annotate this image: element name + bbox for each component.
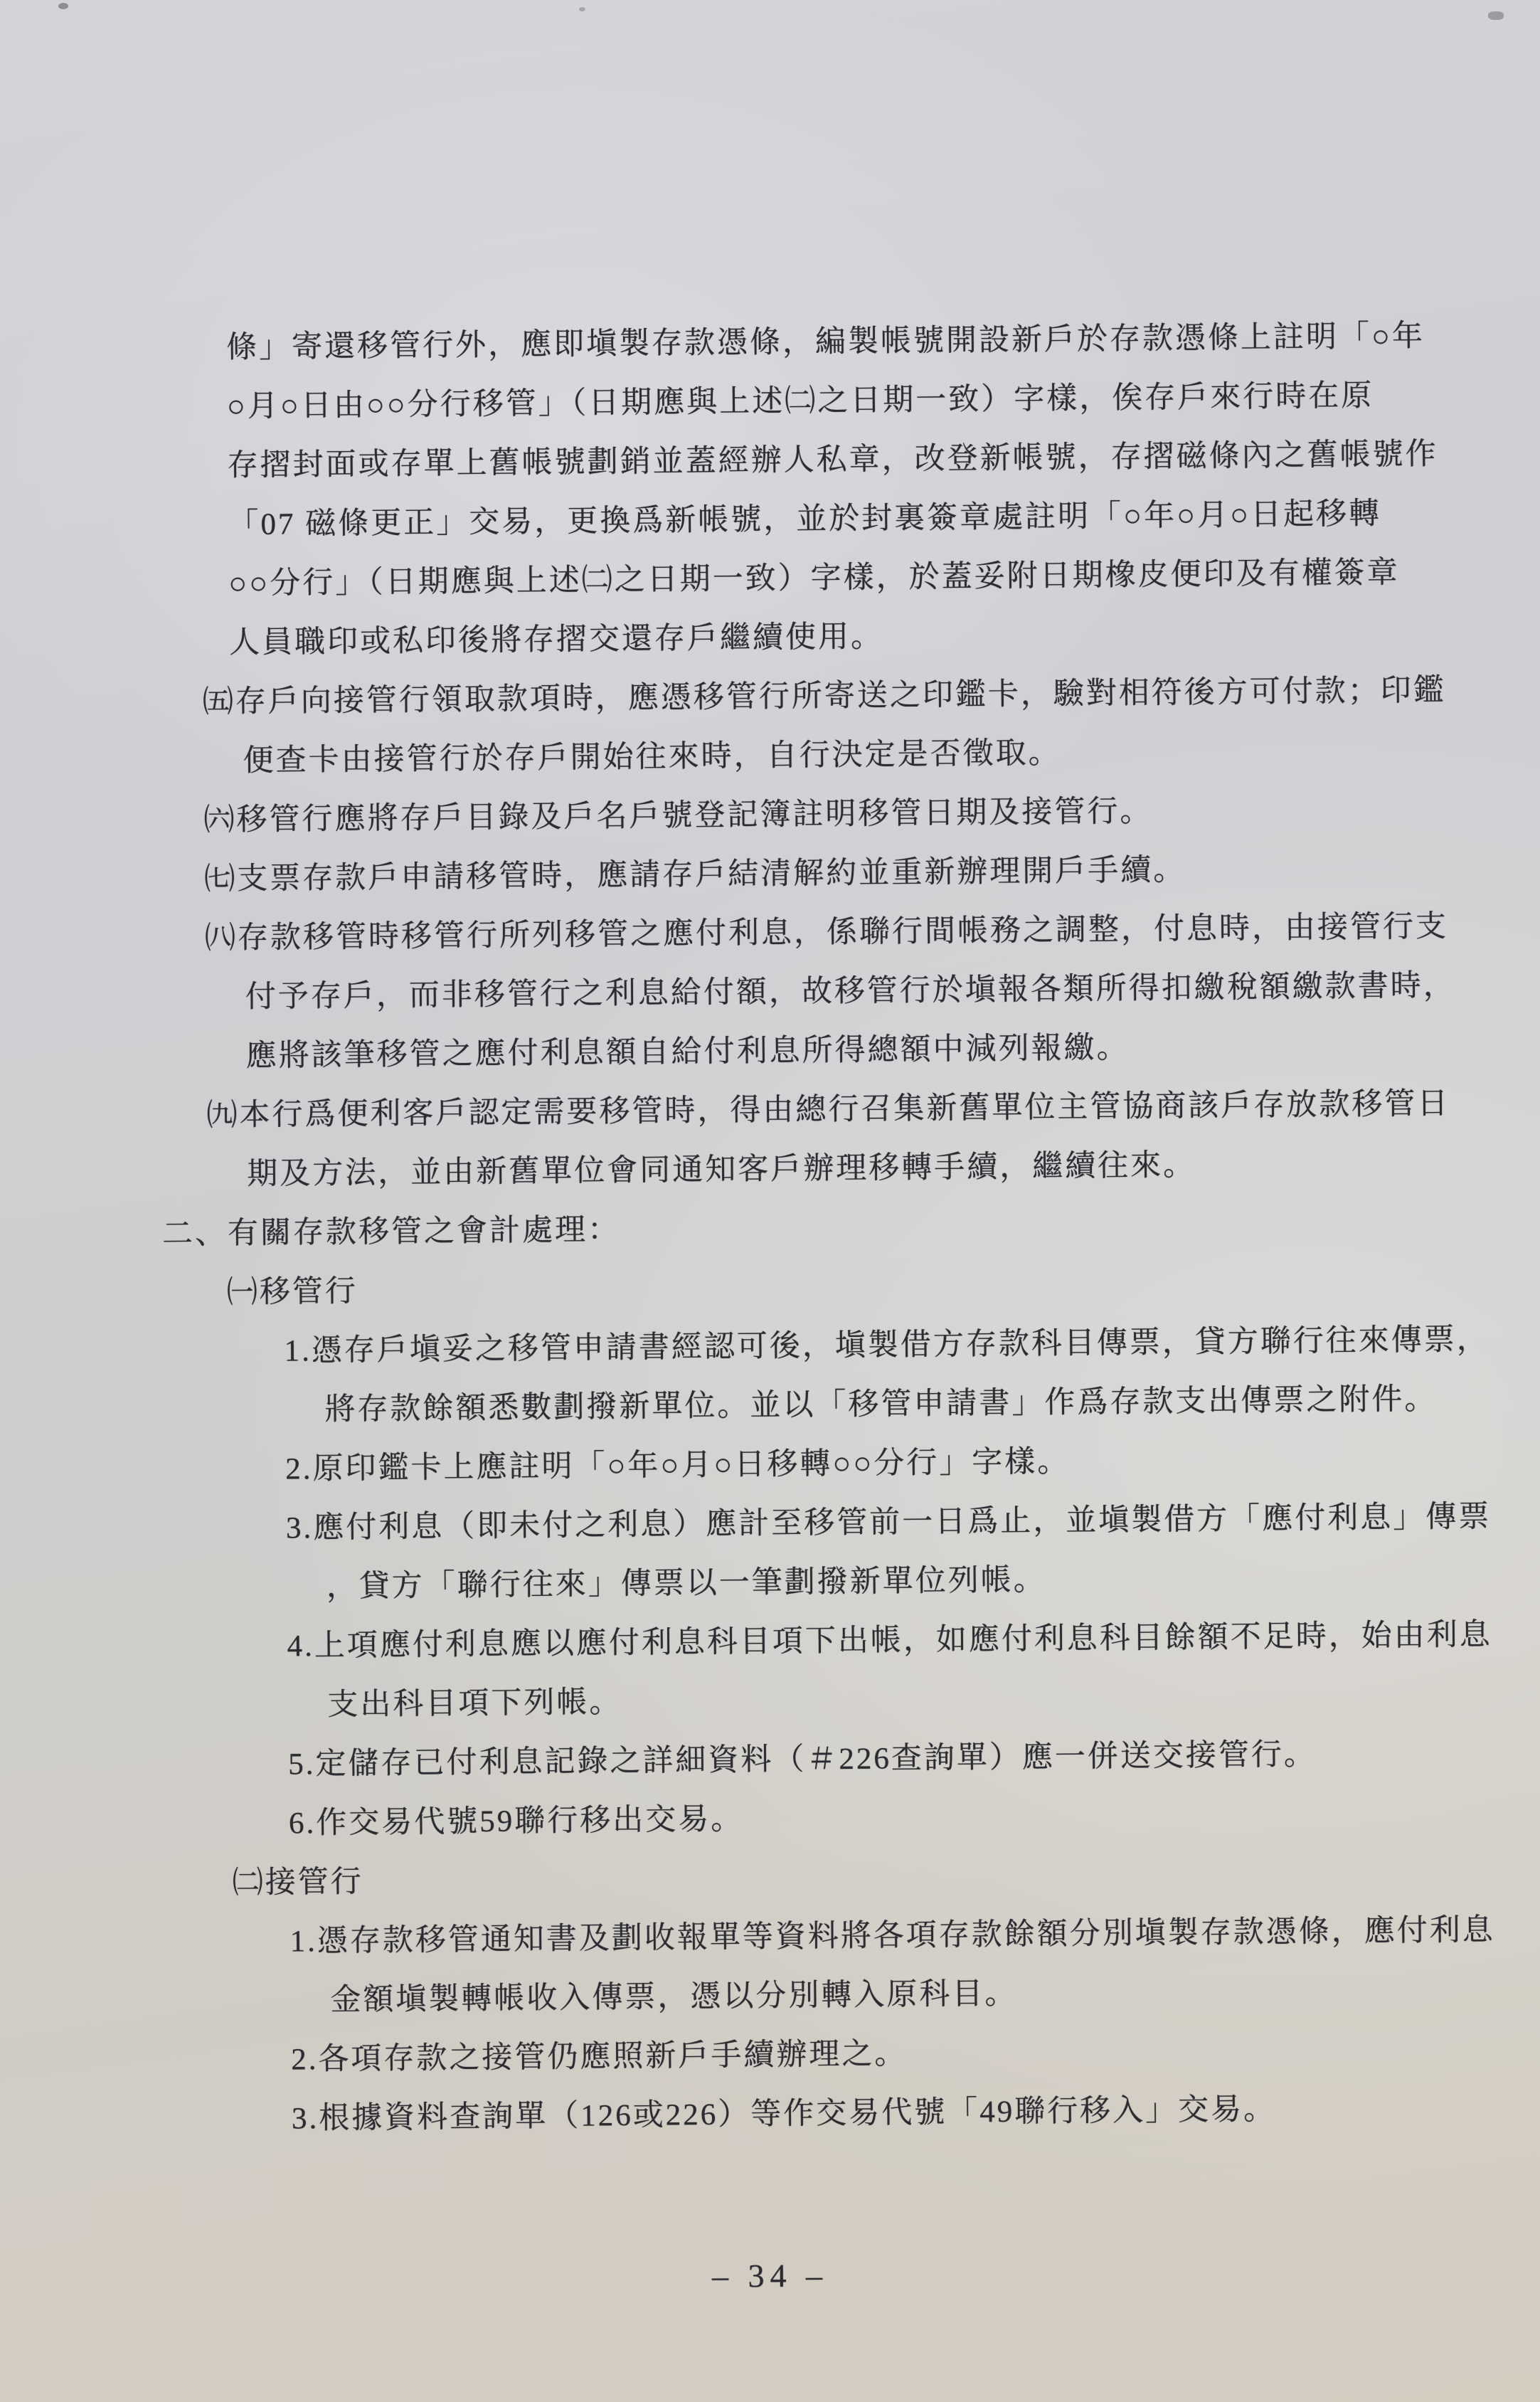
document-text-block: 條」寄還移管行外，應即塡製存款憑條，編製帳號開設新戶於存款憑條上註明「○年○月○… (0, 306, 1540, 2152)
text-line-5: ○○分行」（日期應與上述㈡之日期一致）字樣，於蓋妥附日期橡皮便印及有權簽章 (228, 542, 1534, 614)
scan-artifact (58, 3, 68, 9)
text-line-31: 3.根據資料查詢單（126或226）等作交易代號「49聯行移入」交易。 (292, 2078, 1540, 2149)
scan-artifact (1488, 11, 1504, 20)
text-line-24: 支出科目項下列帳。 (327, 1664, 1540, 1735)
text-line-23: 4.上項應付利息應以應付利息科目項下出帳，如應付利息科目餘額不足時，始由利息 (287, 1605, 1540, 1676)
text-line-12: 付予存戶，而非移管行之利息給付額，故移管行於塡報各類所得扣繳稅額繳款書時， (245, 956, 1538, 1027)
text-line-28: 1.憑存款移管通知書及劃收報單等資料將各項存款餘額分別塡製存款憑條，應付利息 (290, 1900, 1540, 1972)
text-line-21: 3.應付利息（即未付之利息）應計至移管前一日爲止，並塡製借方「應付利息」傳票 (286, 1487, 1540, 1558)
text-line-19: 將存款餘額悉數劃撥新單位。並以「移管申請書」作爲存款支出傳票之附件。 (324, 1369, 1540, 1439)
page-number: – 34 – (0, 2253, 1540, 2298)
scan-artifact (579, 7, 585, 11)
text-line-29: 金額塡製轉帳收入傳票，憑以分別轉入原科目。 (330, 1959, 1540, 2030)
